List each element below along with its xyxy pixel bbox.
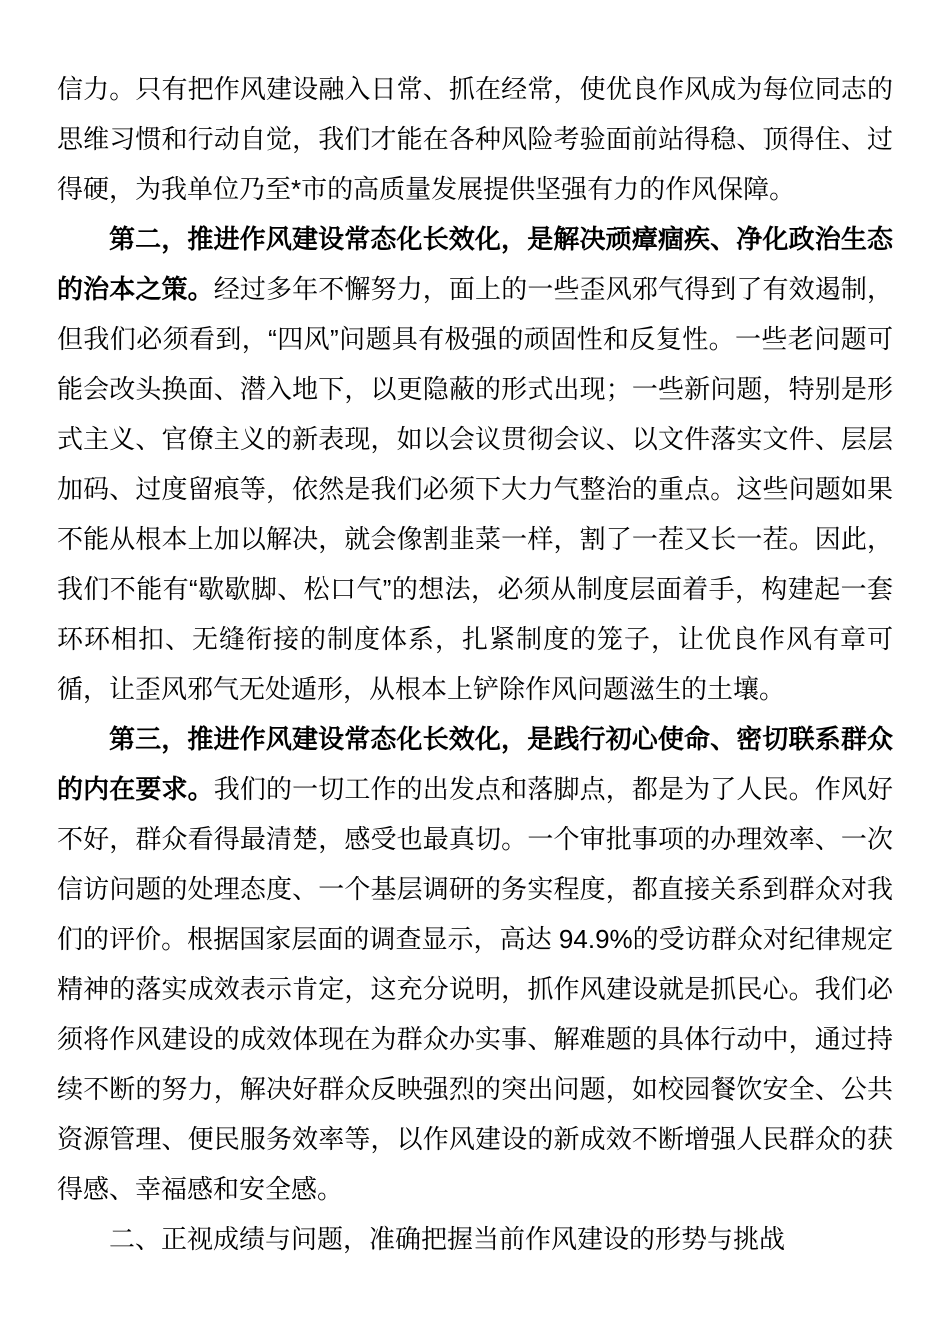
text-run: 经过多年不懈努力，面上的一些歪风邪气得到了有效遏制，但我们必须看到，“四风”问题…	[57, 274, 893, 704]
text-run: 信力。只有把作风建设融入日常、抓在经常，使优良作风成为每位同志的思维习惯和行动自…	[57, 74, 893, 204]
paragraph-second-point: 第二，推进作风建设常态化长效化，是解决顽瘴痼疾、净化政治生态的治本之策。经过多年…	[57, 214, 893, 714]
document-page: 信力。只有把作风建设融入日常、抓在经常，使优良作风成为每位同志的思维习惯和行动自…	[0, 0, 950, 1344]
text-run: 我们的一切工作的出发点和落脚点，都是为了人民。作风好不好，群众看得最清楚，感受也…	[57, 774, 893, 1204]
paragraph-third-point: 第三，推进作风建设常态化长效化，是践行初心使命、密切联系群众的内在要求。我们的一…	[57, 714, 893, 1214]
paragraph-continuation: 信力。只有把作风建设融入日常、抓在经常，使优良作风成为每位同志的思维习惯和行动自…	[57, 64, 893, 214]
section-heading: 二、正视成绩与问题，准确把握当前作风建设的形势与挑战	[57, 1214, 893, 1264]
text-run: 二、正视成绩与问题，准确把握当前作风建设的形势与挑战	[109, 1224, 785, 1254]
